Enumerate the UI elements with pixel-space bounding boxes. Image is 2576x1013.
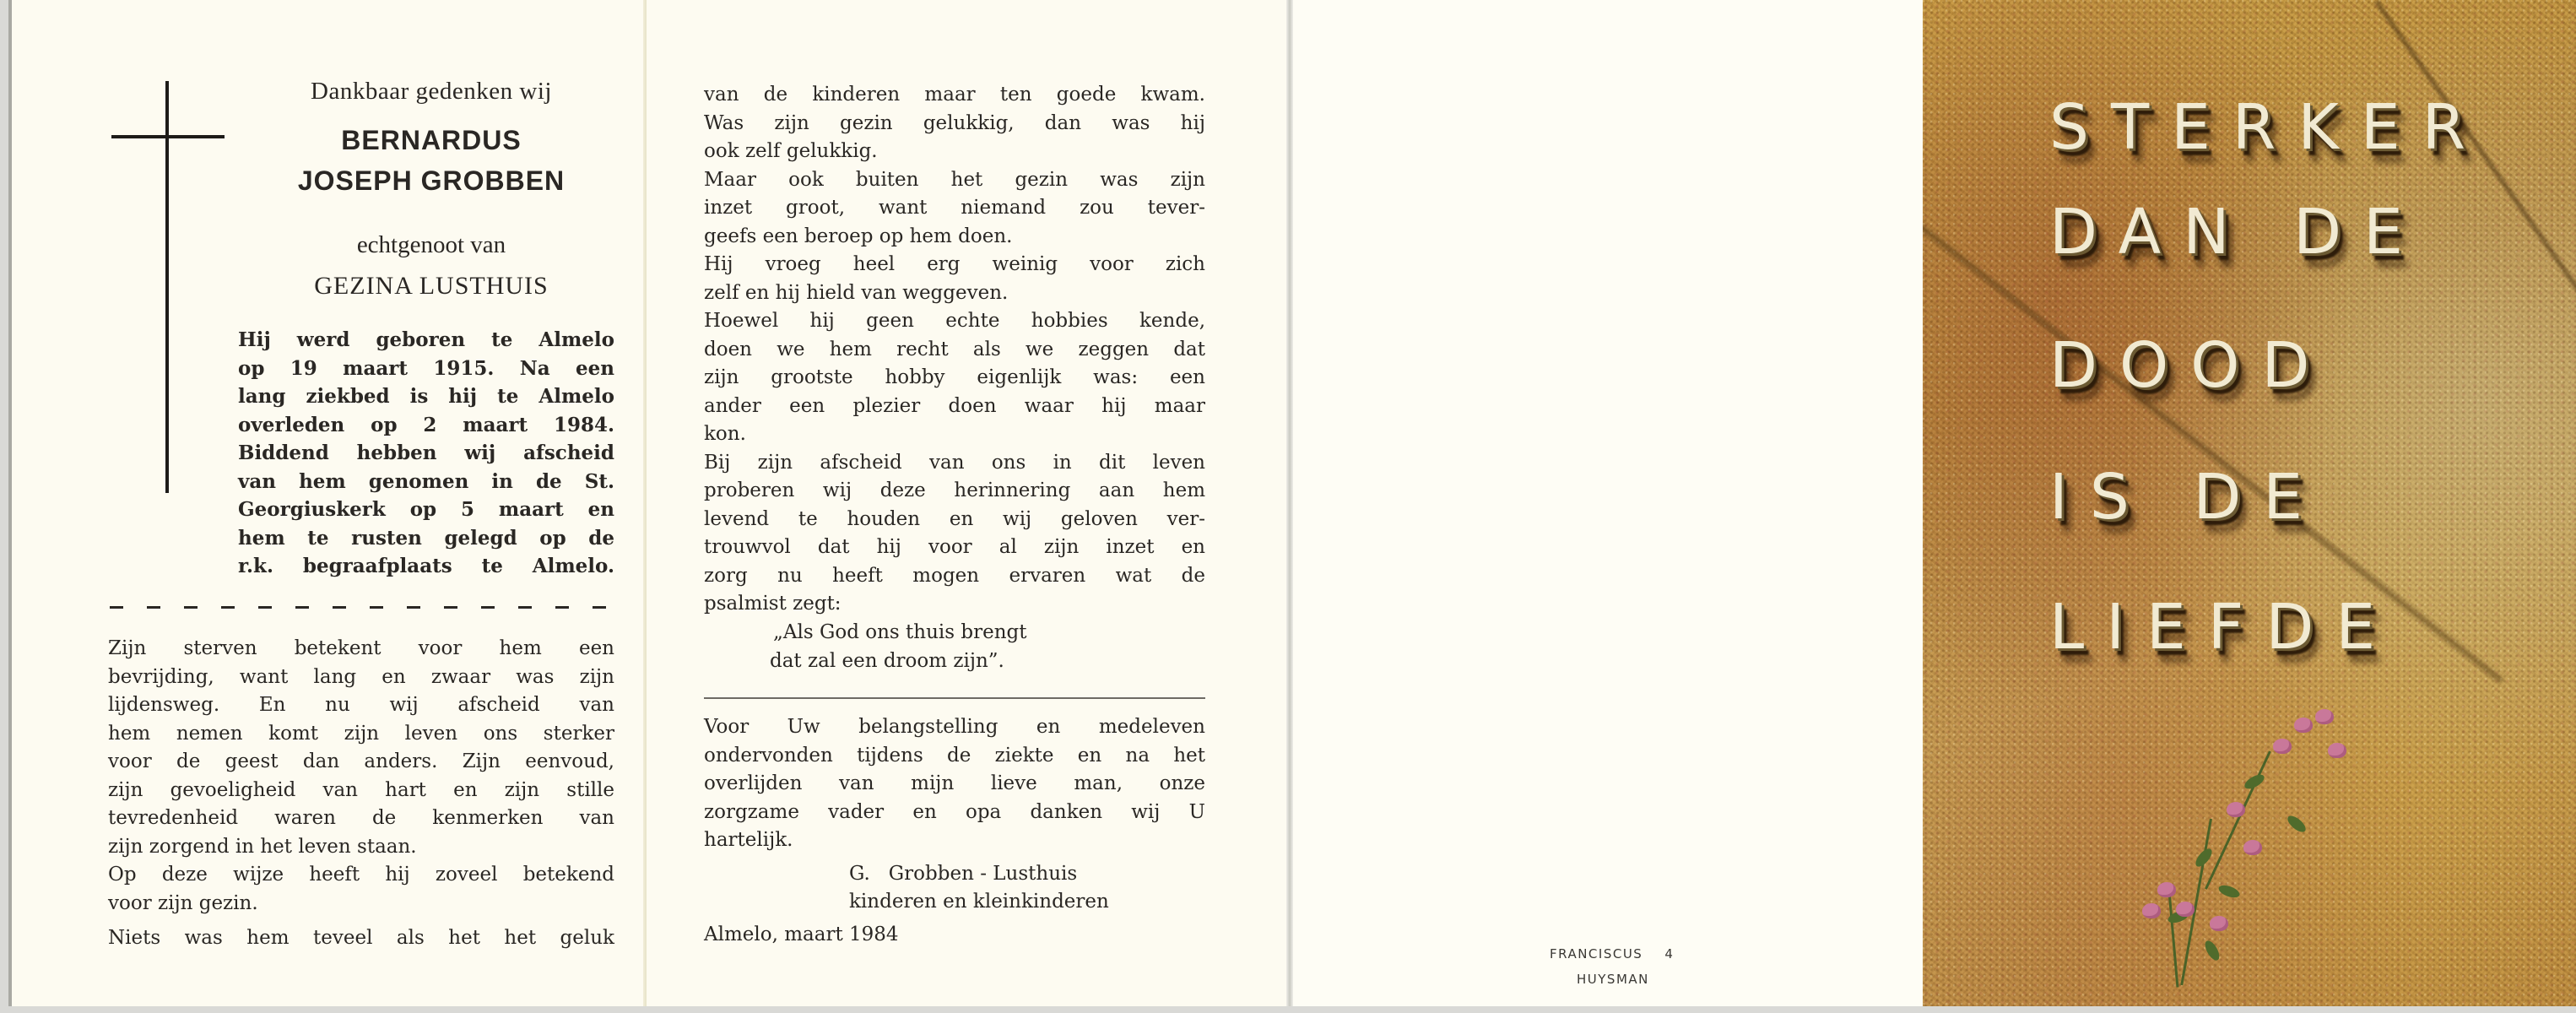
eulogy-paragraph: Zijn sterven betekent voor hem een bevri…	[108, 635, 614, 953]
bio-paragraph: Hij werd geboren te Almelo op 19 maart 1…	[238, 326, 614, 581]
text-line: trouwvol dat hij voor al zijn inzet en	[704, 534, 1205, 562]
text-line: zijn gevoeligheid van hart en zijn still…	[108, 777, 614, 805]
spouse-label: echtgenoot van	[233, 231, 630, 259]
cover-title-line: LIEFDE	[2049, 591, 2397, 664]
text-line: Georgiuskerk op 5 maart en	[238, 496, 614, 524]
deceased-name-line2: JOSEPH GROBBEN	[233, 165, 630, 197]
printer-name: FRANCISCUS	[1550, 946, 1642, 962]
fold-crease	[1286, 0, 1293, 1006]
text-line: doen we hem recht als we zeggen dat	[704, 336, 1205, 365]
intro-text: Dankbaar gedenken wij	[233, 78, 630, 106]
text-line: kon.	[704, 420, 1205, 449]
cross-icon-bar	[111, 135, 225, 138]
panel-cover-photo: STERKER DAN DE DOOD IS DE LIEFDE	[1923, 0, 2576, 1006]
panel-front-inside-right: van de kinderen maar ten goede kwam. Was…	[647, 0, 1286, 1006]
signature-family-name: G. Grobben - Lusthuis	[849, 863, 1077, 885]
text-line: Zijn sterven betekent voor hem een	[108, 635, 614, 664]
psalm-quote-line2: dat zal een droom zijn”.	[770, 650, 1004, 672]
text-line: zorgzame vader en opa danken wij U	[704, 799, 1205, 827]
text-line: Op deze wijze heeft hij zoveel betekend	[108, 861, 614, 890]
eulogy-continued: van de kinderen maar ten goede kwam. Was…	[704, 81, 1205, 619]
deceased-name-line1: BERNARDUS	[233, 125, 630, 156]
flower-icon	[2117, 701, 2370, 988]
text-line: ook zelf gelukkig.	[704, 138, 1205, 166]
card-scan: Dankbaar gedenken wij BERNARDUS JOSEPH G…	[0, 0, 2576, 1006]
text-line: voor de geest dan anders. Zijn eenvoud,	[108, 748, 614, 777]
imprint-number: 4	[1664, 946, 1674, 962]
place-and-date: Almelo, maart 1984	[704, 924, 899, 945]
thanks-paragraph: Voor Uw belangstelling en medeleven onde…	[704, 713, 1205, 855]
text-line: lijdensweg. En nu wij afscheid van	[108, 691, 614, 720]
text-line: Maar ook buiten het gezin was zijn	[704, 166, 1205, 195]
text-line: Bij zijn afscheid van ons in dit leven	[704, 449, 1205, 478]
cross-icon	[165, 81, 169, 493]
text-line: Voor Uw belangstelling en medeleven	[704, 713, 1205, 742]
text-line: zelf en hij hield van weggeven.	[704, 279, 1205, 308]
spouse-name: GEZINA LUSTHUIS	[233, 272, 630, 301]
text-line: zijn grootste hobby eigenlijk was: een	[704, 364, 1205, 393]
text-line: hem nemen komt zijn leven ons sterker	[108, 720, 614, 749]
text-line: proberen wij deze herinnering aan hem	[704, 477, 1205, 506]
text-line: geefs een beroep op hem doen.	[704, 223, 1205, 252]
text-line: van hem genomen in de St.	[238, 468, 614, 496]
text-line: tevredenheid waren de kenmerken van	[108, 804, 614, 833]
text-line: bevrijding, want lang en zwaar was zijn	[108, 664, 614, 692]
text-line: van de kinderen maar ten goede kwam.	[704, 81, 1205, 110]
psalm-quote-line1: „Als God ons thuis brengt	[773, 621, 1026, 643]
panel-back: FRANCISCUS4 HUYSMAN	[1293, 0, 1923, 1006]
text-line: Hoewel hij geen echte hobbies kende,	[704, 307, 1205, 336]
text-line: hem te rusten gelegd op de	[238, 524, 614, 553]
text-line: r.k. begraafplaats te Almelo.	[238, 552, 614, 581]
text-line: ander een plezier doen waar hij maar	[704, 393, 1205, 421]
text-line: Hij werd geboren te Almelo	[238, 326, 614, 355]
text-line: overlijden van mijn lieve man, onze	[704, 770, 1205, 799]
text-line: Biddend hebben wij afscheid	[238, 439, 614, 468]
dashed-divider	[110, 606, 616, 609]
printer-imprint-line1: FRANCISCUS4	[1550, 946, 1674, 962]
cover-title-line: STERKER	[2049, 91, 2487, 164]
cover-title-line: IS DE	[2049, 461, 2324, 534]
text-line: ondervonden tijdens de ziekte en na het	[704, 742, 1205, 771]
text-line: hartelijk.	[704, 826, 1205, 855]
text-line: overleden op 2 maart 1984.	[238, 411, 614, 440]
signature-children: kinderen en kleinkinderen	[849, 891, 1109, 913]
text-line: Hij vroeg heel erg weinig voor zich	[704, 251, 1205, 279]
printer-imprint-line2: HUYSMAN	[1577, 972, 1649, 987]
text-line: lang ziekbed is hij te Almelo	[238, 382, 614, 411]
text-line: zijn zorgend in het leven staan.	[108, 833, 614, 862]
text-line: Niets was hem teveel als het het geluk	[108, 924, 614, 953]
text-line: op 19 maart 1915. Na een	[238, 355, 614, 383]
text-line: inzet groot, want niemand zou tever-	[704, 194, 1205, 223]
text-line: voor zijn gezin.	[108, 890, 614, 918]
text-line: levend te houden en wij geloven ver-	[704, 506, 1205, 534]
text-line: zorg nu heeft mogen ervaren wat de	[704, 562, 1205, 591]
text-line: Was zijn gezin gelukkig, dan was hij	[704, 110, 1205, 138]
cover-title-line: DOOD	[2049, 329, 2331, 402]
cover-title-line: DAN DE	[2049, 196, 2425, 268]
text-line: psalmist zegt:	[704, 590, 1205, 619]
panel-front-inside-left: Dankbaar gedenken wij BERNARDUS JOSEPH G…	[8, 0, 647, 1006]
divider-line	[704, 697, 1205, 699]
